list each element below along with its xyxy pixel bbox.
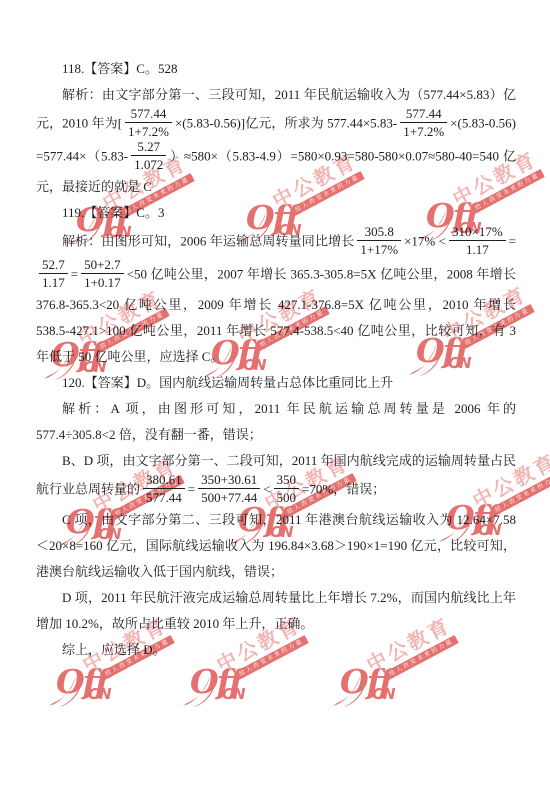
fraction: 577.441+7.2%	[400, 106, 447, 139]
offcn-swoosh-icon	[47, 670, 97, 708]
answer-explanations: 118.【答案】C。528解析：由文字部分第一、三段可知，2011 年民航运输收…	[36, 56, 516, 663]
fraction-numerator: 50+2.7	[81, 257, 124, 274]
fraction-denominator: 577.44	[143, 489, 185, 505]
offcn-off-text: Off	[340, 662, 391, 701]
fraction-denominator: 1+0.17	[81, 274, 124, 290]
document-page: OffCN中公教育给人改变未来的力量OffCN中公教育给人改变未来的力量OffC…	[0, 0, 550, 805]
fraction-denominator: 1.17	[39, 274, 68, 290]
conclusion-line: 综上，应选择 D。	[36, 637, 516, 663]
q119-analysis: 解析：由图形可知，2006 年运输总周转量同比增长305.81+17%×17% …	[36, 226, 516, 370]
fraction-denominator: 500	[274, 489, 300, 505]
fraction: 305.81+17%	[357, 224, 401, 257]
offcn-swoosh-icon	[331, 670, 381, 708]
fraction-denominator: 500+77.44	[198, 489, 260, 505]
fraction-numerator: 350	[274, 472, 300, 489]
q118-analysis: 解析：由文字部分第一、三段可知，2011 年民航运输收入为（577.44×5.8…	[36, 82, 516, 200]
fraction: 350500	[274, 472, 300, 505]
text-run: ×(5.83-0.56)]亿元，所求为 577.44×5.83-	[175, 115, 397, 130]
q120-analysis-option-a: 解析：A 项，由图形可知，2011 年民航运输总周转量是 2006 年的 577…	[36, 396, 516, 448]
offcn-cn-text: CN	[222, 685, 246, 703]
offcn-cn-text: CN	[88, 685, 112, 703]
offcn-off-text: Off	[56, 662, 107, 701]
offcn-cn-text: CN	[372, 685, 396, 703]
fraction-denominator: 1+7.2%	[125, 123, 172, 139]
text-run: 解析：A 项，由图形可知，2011 年民航运输总周转量是 2006 年的 577…	[36, 401, 516, 442]
text-run: 118.【答案】C。528	[62, 61, 177, 76]
text-run: 解析：由图形可知，2006 年运输总周转量同比增长	[62, 233, 354, 248]
offcn-swoosh-icon	[181, 670, 231, 708]
fraction: 577.441+7.2%	[125, 106, 172, 139]
fraction-denominator: 1+17%	[357, 241, 401, 257]
fraction-numerator: 5.27	[131, 139, 166, 156]
text-run: 综上，应选择 D。	[62, 642, 166, 657]
fraction-numerator: 380.61	[143, 472, 185, 489]
text-run: =	[188, 481, 195, 496]
fraction-numerator: 52.7	[39, 257, 68, 274]
text-run: =	[509, 233, 516, 248]
q120-analysis-option-bd: B、D 项，由文字部分第一、二段可知，2011 年国内航线完成的运输周转量占民航…	[36, 448, 516, 507]
fraction: 5.271.072	[131, 139, 166, 172]
fraction-denominator: 1.17	[449, 241, 506, 257]
fraction: 350+30.61500+77.44	[198, 472, 260, 505]
fraction-numerator: 577.44	[400, 106, 447, 123]
text-run: D 项，2011 年民航汗液完成运输总周转量比上年增长 7.2%，而国内航线比上…	[36, 590, 516, 631]
fraction-numerator: 577.44	[125, 106, 172, 123]
fraction: 380.61577.44	[143, 472, 185, 505]
text-run: <	[263, 481, 270, 496]
text-run: 119.【答案】C。3	[62, 205, 164, 220]
q120-analysis-option-c: C 项，由文字部分第二、三段可知，2011 年港澳台航线运输收入为 12.64×…	[36, 507, 516, 585]
text-run: =	[71, 266, 78, 281]
fraction-denominator: 1.072	[131, 156, 166, 172]
q118-answer-line: 118.【答案】C。528	[36, 56, 516, 82]
fraction-numerator: 305.8	[357, 224, 401, 241]
q120-answer-line: 120.【答案】D。国内航线运输周转量占总体比重同比上升	[36, 370, 516, 396]
fraction-denominator: 1+7.2%	[400, 123, 447, 139]
q120-analysis-option-d: D 项，2011 年民航汗液完成运输总周转量比上年增长 7.2%，而国内航线比上…	[36, 585, 516, 637]
text-run: ×17% <	[404, 233, 446, 248]
fraction: 52.71.17	[39, 257, 68, 290]
text-run: C 项，由文字部分第二、三段可知，2011 年港澳台航线运输收入为 12.64×…	[36, 512, 516, 579]
fraction-numerator: 310×17%	[449, 224, 506, 241]
fraction: 50+2.71+0.17	[81, 257, 124, 290]
fraction: 310×17%1.17	[449, 224, 506, 257]
q119-answer-line: 119.【答案】C。3	[36, 200, 516, 226]
text-run: 120.【答案】D。国内航线运输周转量占总体比重同比上升	[62, 375, 393, 390]
fraction-numerator: 350+30.61	[198, 472, 260, 489]
offcn-off-text: Off	[190, 662, 241, 701]
text-run: =70%，错误；	[302, 481, 385, 496]
